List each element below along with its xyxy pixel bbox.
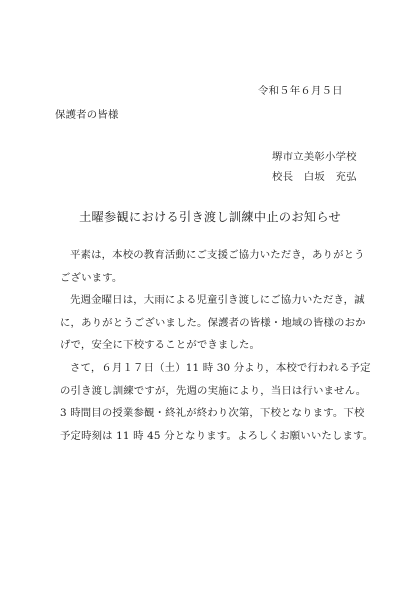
document-date: 令和５年６月５日 — [258, 84, 343, 98]
document-page: 令和５年６月５日 保護者の皆様 堺市立美彰小学校 校長 白坂 充弘 土曜参観にお… — [0, 0, 420, 593]
body-line: ございます。 — [60, 271, 360, 294]
recipient-line: 保護者の皆様 — [55, 108, 119, 122]
body-line: さて，６月１７日（土）11 時 30 分より，本校で行われる予定 — [60, 361, 360, 384]
document-title: 土曜参観における引き渡し訓練中止のお知らせ — [0, 209, 420, 225]
sender-school: 堺市立美彰小学校 — [272, 150, 357, 164]
body-line: に，ありがとうございました。保護者の皆様・地域の皆様のおか — [60, 316, 360, 339]
body-line: 平素は，本校の教育活動にご支援ご協力いただき，ありがとう — [60, 248, 360, 271]
sender-principal: 校長 白坂 充弘 — [272, 170, 357, 184]
body-line: 先週金曜日は，大雨による児童引き渡しにご協力いただき，誠 — [60, 293, 360, 316]
body-line: の引き渡し訓練ですが，先週の実施により，当日は行いません。 — [60, 384, 360, 407]
body-line: げで，安全に下校することができました。 — [60, 338, 360, 361]
body-line: 3 時間目の授業参観・終礼が終わり次第，下校となります。下校 — [60, 406, 360, 429]
body-line: 予定時刻は 11 時 45 分となります。よろしくお願いいたします。 — [60, 429, 360, 452]
body-text: 平素は，本校の教育活動にご支援ご協力いただき，ありがとう ございます。 先週金曜… — [60, 248, 360, 451]
